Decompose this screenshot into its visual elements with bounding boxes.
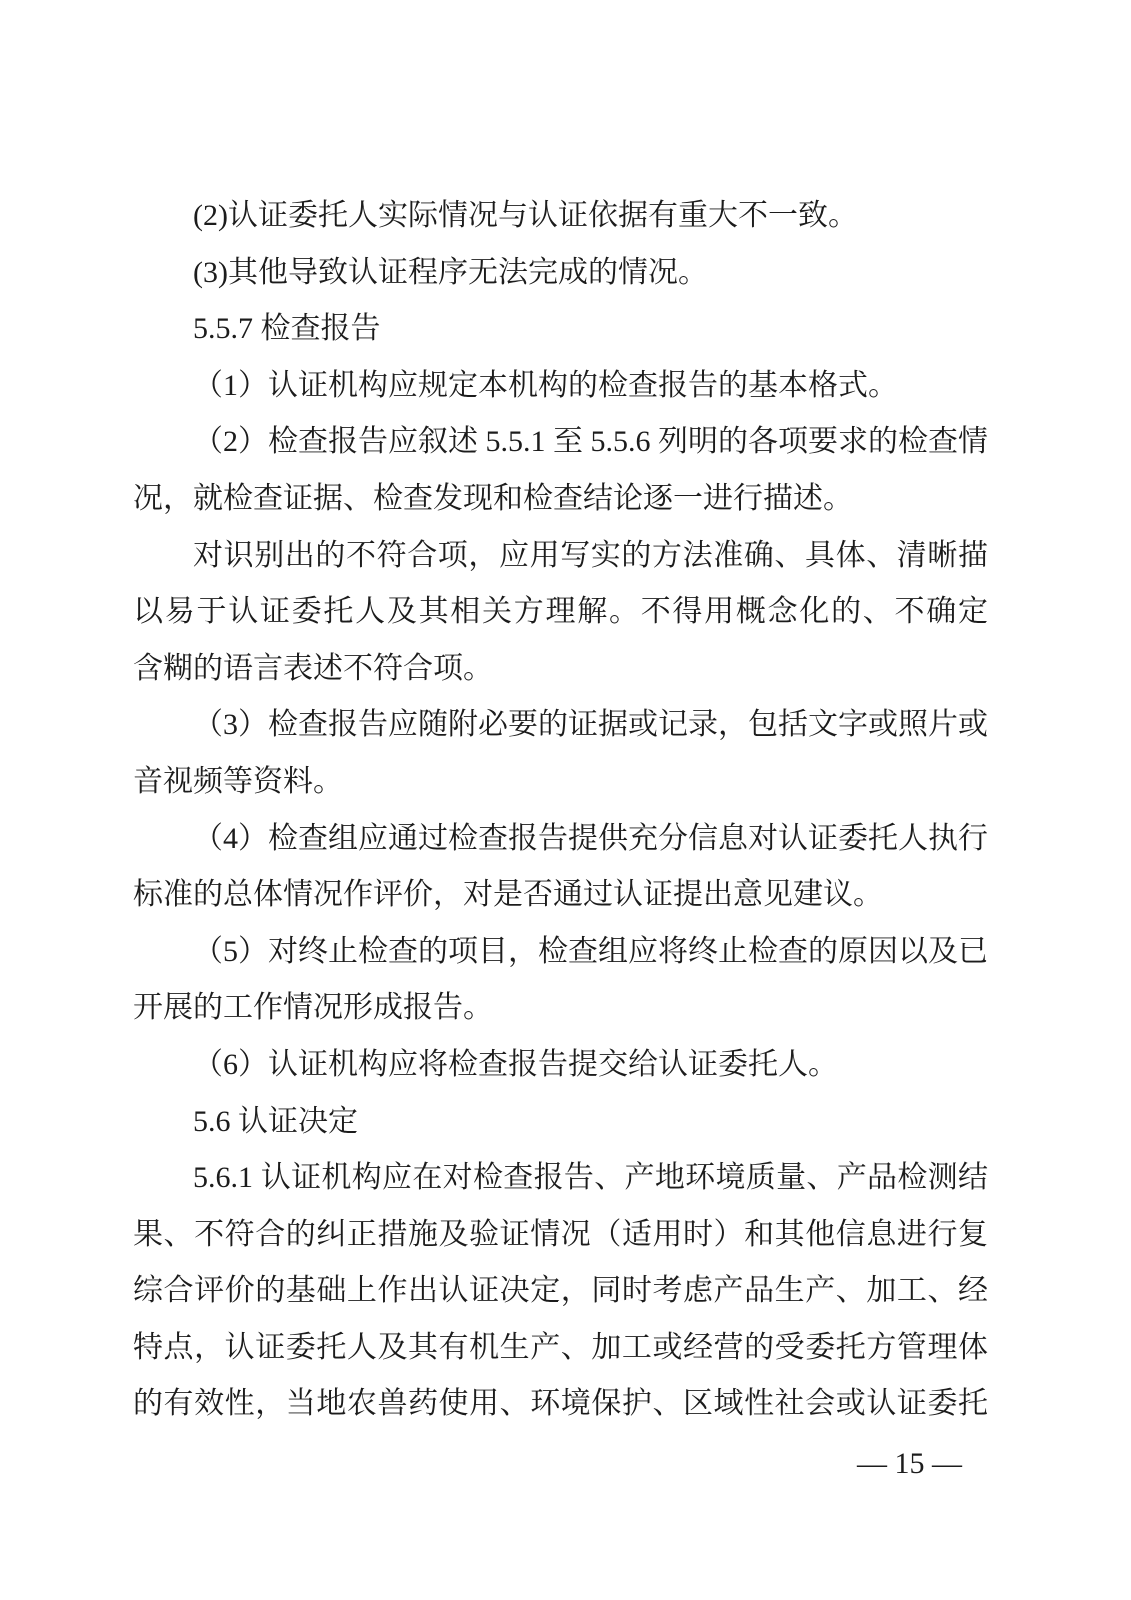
list-item-line: （1）认证机构应规定本机构的检查报告的基本格式。 <box>133 358 988 415</box>
section-heading-5-6: 5.6 认证决定 <box>133 1094 988 1151</box>
text-line: 果、不符合的纠正措施及验证情况（适用时）和其他信息进行复核、 <box>133 1207 988 1264</box>
text-line: 开展的工作情况形成报告。 <box>133 980 988 1037</box>
document-body: (2)认证委托人实际情况与认证依据有重大不一致。 (3)其他导致认证程序无法完成… <box>133 188 988 1433</box>
list-item-line: （6）认证机构应将检查报告提交给认证委托人。 <box>133 1037 988 1094</box>
text-line: 含糊的语言表述不符合项。 <box>133 641 988 698</box>
text-line: 音视频等资料。 <box>133 754 988 811</box>
page-number-text: — 15 — <box>857 1447 962 1480</box>
text-line: 对识别出的不符合项，应用写实的方法准确、具体、清晰描述， <box>133 528 988 585</box>
text-line: 综合评价的基础上作出认证决定，同时考虑产品生产、加工、经营 <box>133 1263 988 1320</box>
text-line: 5.6.1 认证机构应在对检查报告、产地环境质量、产品检测结 <box>133 1150 988 1207</box>
text-line: 标准的总体情况作评价，对是否通过认证提出意见建议。 <box>133 867 988 924</box>
list-item-line: （2）检查报告应叙述 5.5.1 至 5.5.6 列明的各项要求的检查情 <box>133 414 988 471</box>
list-item-line: （5）对终止检查的项目，检查组应将终止检查的原因以及已 <box>133 924 988 981</box>
document-page: (2)认证委托人实际情况与认证依据有重大不一致。 (3)其他导致认证程序无法完成… <box>0 0 1131 1600</box>
text-line: 的有效性，当地农兽药使用、环境保护、区域性社会或认证委托人 <box>133 1376 988 1433</box>
section-heading-5-5-7: 5.5.7 检查报告 <box>133 301 988 358</box>
text-line: 特点，认证委托人及其有机生产、加工或经营的受委托方管理体系 <box>133 1320 988 1377</box>
page-number: — 15 — <box>857 1444 962 1484</box>
list-item-line: (2)认证委托人实际情况与认证依据有重大不一致。 <box>133 188 988 245</box>
list-item-line: (3)其他导致认证程序无法完成的情况。 <box>133 245 988 302</box>
list-item-line: （3）检查报告应随附必要的证据或记录，包括文字或照片或 <box>133 697 988 754</box>
text-line: 以易于认证委托人及其相关方理解。不得用概念化的、不确定的、 <box>133 584 988 641</box>
text-line: 况，就检查证据、检查发现和检查结论逐一进行描述。 <box>133 471 988 528</box>
list-item-line: （4）检查组应通过检查报告提供充分信息对认证委托人执行 <box>133 811 988 868</box>
